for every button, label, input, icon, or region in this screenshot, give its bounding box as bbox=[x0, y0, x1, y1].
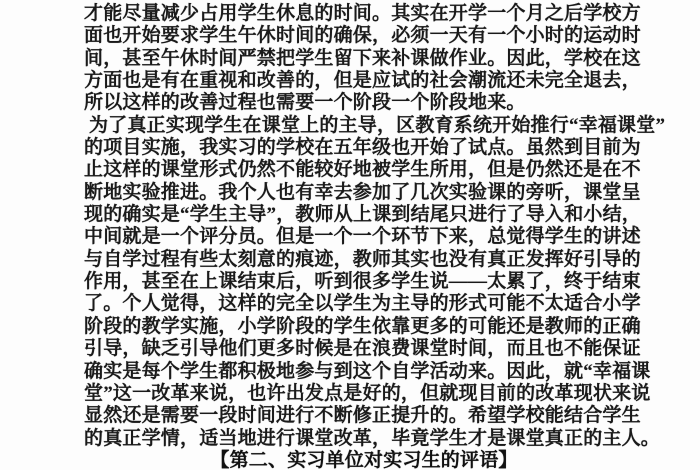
text-line: 引导，缺乏引导他们更多时候是在浪费课堂时间，而且也不能保证 bbox=[84, 338, 644, 360]
text-line: 面也开始要求学生午休时间的确保，必须一天有一个小时的运动时 bbox=[84, 25, 644, 47]
text-line: 方面也是有在重视和改善的，但是应试的社会潮流还未完全退去， bbox=[84, 70, 644, 92]
text-line: 中间就是一个评分员。但是一个一个环节下来，总觉得学生的讲述 bbox=[84, 226, 644, 248]
text-line: 作用，甚至在上课结束后，听到很多学生说——太累了，终于结束 bbox=[84, 271, 644, 293]
section-heading: 【第二、实习单位对实习生的评语】 bbox=[84, 450, 644, 470]
text-line: 所以这样的改善过程也需要一个阶段一个阶段地来。 bbox=[84, 92, 644, 114]
text-line: 了。个人觉得，这样的完全以学生为主导的形式可能不太适合小学 bbox=[84, 293, 644, 315]
text-line: 才能尽量减少占用学生休息的时间。其实在开学一个月之后学校方 bbox=[84, 3, 644, 25]
text-line: 止这样的课堂形式仍然不能较好地被学生所用，但是仍然还是在不 bbox=[84, 159, 644, 181]
text-line: 确实是每个学生都积极地参与到这个自学活动来。因此，就“幸福课 bbox=[84, 361, 644, 383]
document-page: 才能尽量减少占用学生休息的时间。其实在开学一个月之后学校方 面也开始要求学生午休… bbox=[0, 0, 700, 470]
text-block: 才能尽量减少占用学生休息的时间。其实在开学一个月之后学校方 面也开始要求学生午休… bbox=[84, 3, 644, 470]
text-line: 与自学过程有些太刻意的痕迹，教师其实也没有真正发挥好引导的 bbox=[84, 249, 644, 271]
text-line: 断地实验推进。我个人也有幸去参加了几次实验课的旁听，课堂呈 bbox=[84, 182, 644, 204]
text-line: 间，甚至午休时间严禁把学生留下来补课做作业。因此，学校在这 bbox=[84, 48, 644, 70]
text-line: 为了真正实现学生在课堂上的主导，区教育系统开始推行“幸福课堂” bbox=[84, 115, 644, 137]
text-line: 阶段的教学实施，小学阶段的学生依靠更多的可能还是教师的正确 bbox=[84, 316, 644, 338]
text-line: 显然还是需要一段时间进行不断修正提升的。希望学校能结合学生 bbox=[84, 405, 644, 427]
text-line: 的真正学情，适当地进行课堂改革，毕竟学生才是课堂真正的主人。 bbox=[84, 428, 644, 450]
text-line: 堂”这一改革来说，也许出发点是好的，但就现目前的改革现状来说 bbox=[84, 383, 644, 405]
text-line: 现的确实是“学生主导”，教师从上课到结尾只进行了导入和小结， bbox=[84, 204, 644, 226]
text-line: 的项目实施，我实习的学校在五年级也开始了试点。虽然到目前为 bbox=[84, 137, 644, 159]
